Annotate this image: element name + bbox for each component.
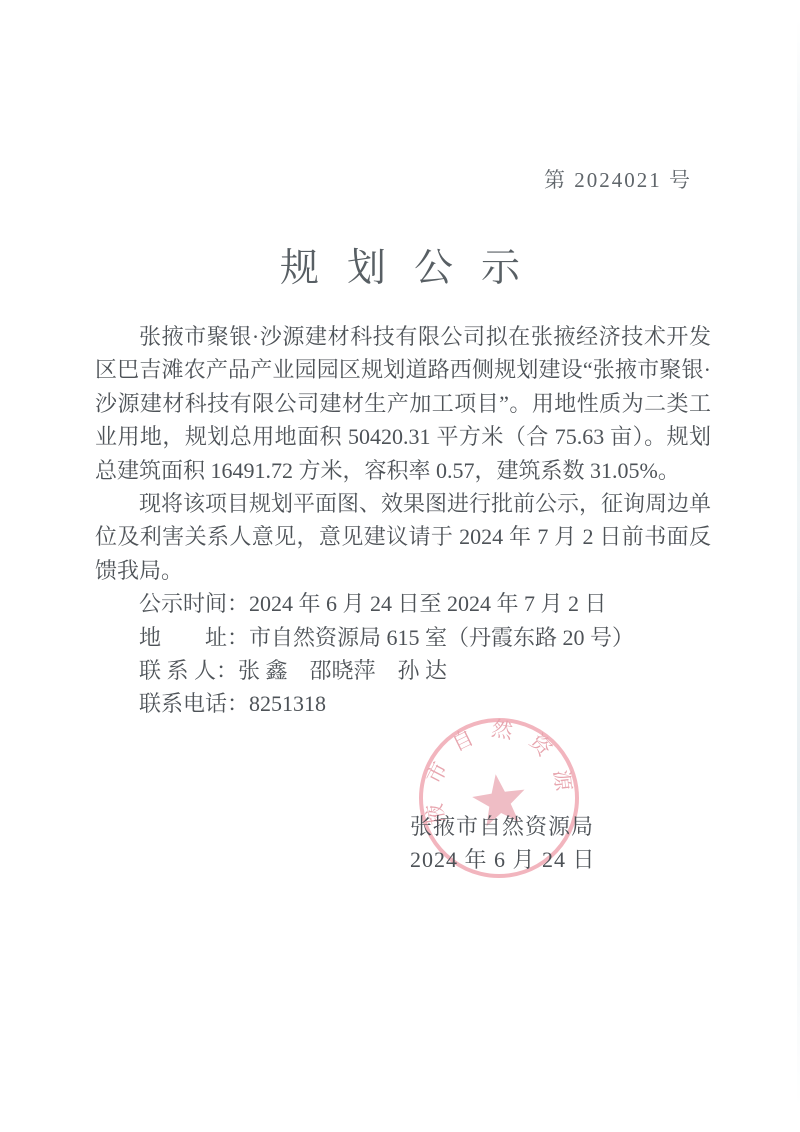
detail-contact-persons: 联 系 人：张 鑫 邵晓萍 孙 达 xyxy=(95,654,711,687)
page-title: 规划公示 xyxy=(0,237,800,293)
signature-date: 2024 年 6 月 24 日 xyxy=(410,843,596,876)
paragraph-project-description: 张掖市聚银·沙源建材科技有限公司拟在张掖经济技术开发区巴吉滩农产品产业园园区规划… xyxy=(95,320,711,487)
paragraph-public-notice: 现将该项目规划平面图、效果图进行批前公示，征询周边单位及利害关系人意见，意见建议… xyxy=(95,487,711,587)
signature-block: 张掖市自然资源局 2024 年 6 月 24 日 xyxy=(410,810,596,877)
signature-organization: 张掖市自然资源局 xyxy=(410,810,596,843)
scanned-notice-page: 第 2024021 号 规划公示 张掖市聚银·沙源建材科技有限公司拟在张掖经济技… xyxy=(0,0,800,1132)
detail-notice-period: 公示时间：2024 年 6 月 24 日至 2024 年 7 月 2 日 xyxy=(95,587,711,620)
document-number: 第 2024021 号 xyxy=(544,164,692,194)
detail-contact-phone: 联系电话：8251318 xyxy=(95,687,711,720)
notice-body: 张掖市聚银·沙源建材科技有限公司拟在张掖经济技术开发区巴吉滩农产品产业园园区规划… xyxy=(95,320,711,721)
detail-address: 地 址：市自然资源局 615 室（丹霞东路 20 号） xyxy=(95,621,711,654)
